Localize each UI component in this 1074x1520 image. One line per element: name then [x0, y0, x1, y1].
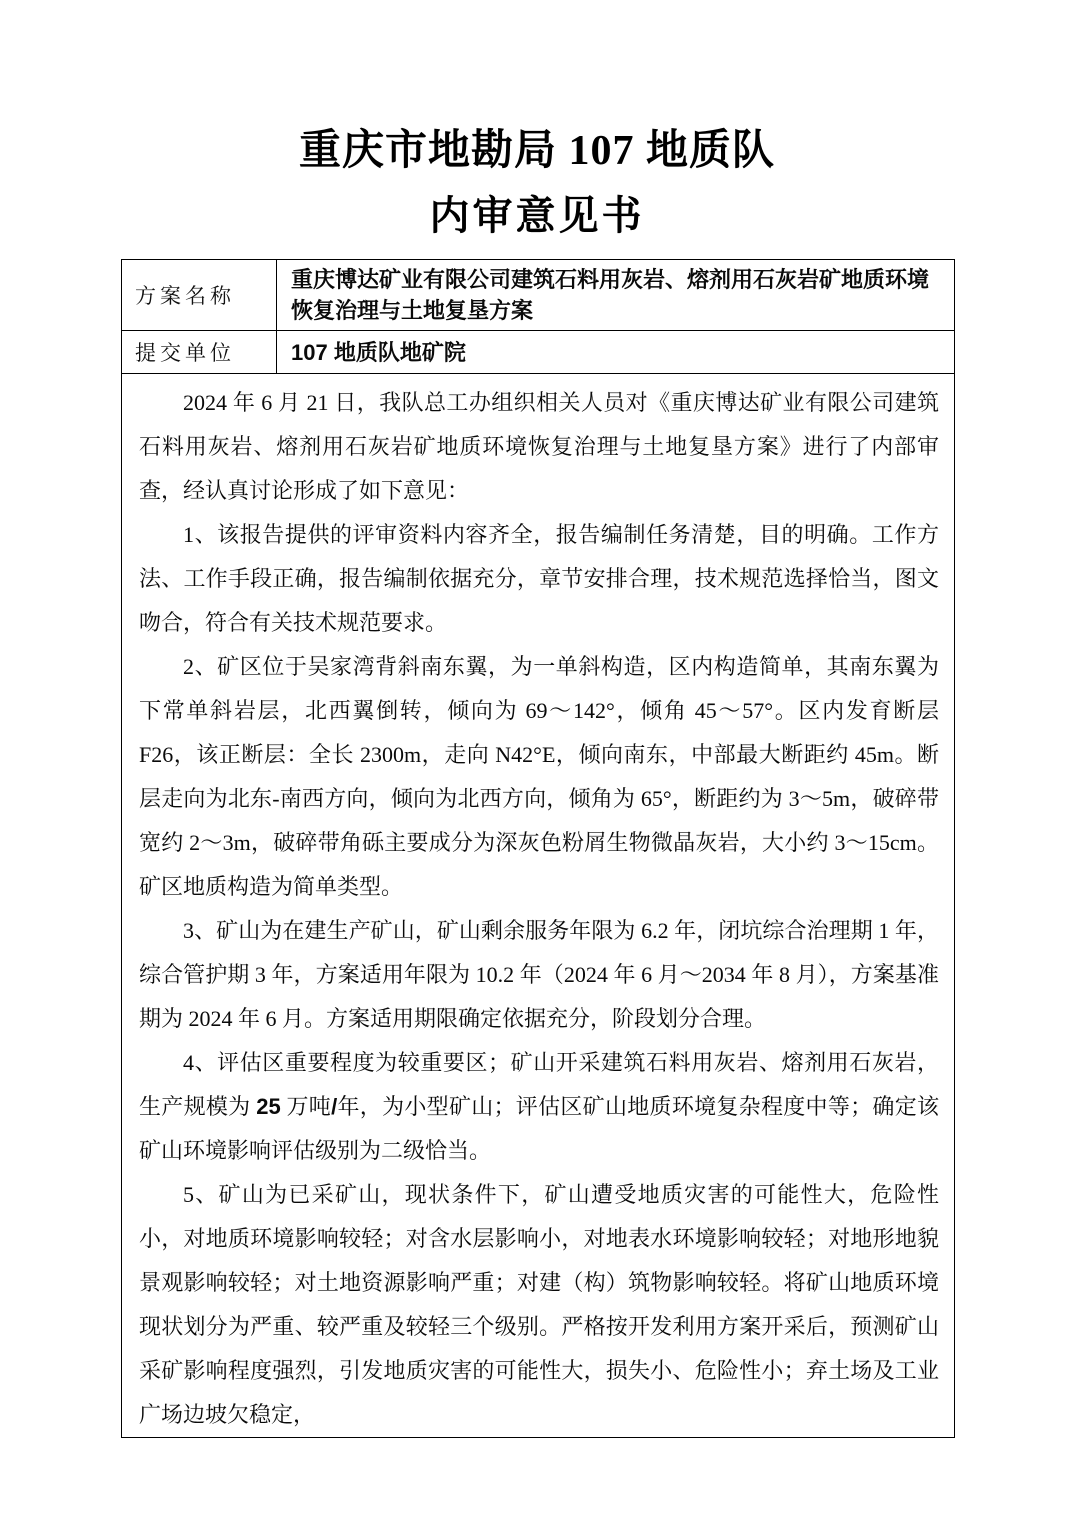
review-opinions-body: 2024 年 6 月 21 日，我队总工办组织相关人员对《重庆博达矿业有限公司建… — [122, 374, 955, 1438]
text-segment: 1、该报告提供的评审资料内容齐全，报告编制任务清楚，目的明确。工作方法、工作手段… — [139, 522, 939, 635]
text-segment: 25 — [256, 1094, 280, 1119]
body-paragraph: 5、矿山为已采矿山，现状条件下，矿山遭受地质灾害的可能性大，危险性小，对地质环境… — [139, 1173, 939, 1437]
body-paragraph: 3、矿山为在建生产矿山，矿山剩余服务年限为 6.2 年，闭坑综合治理期 1 年，… — [139, 909, 939, 1041]
text-segment: 5、矿山为已采矿山，现状条件下，矿山遭受地质灾害的可能性大，危险性小，对地质环境… — [139, 1182, 939, 1427]
review-opinions-row: 2024 年 6 月 21 日，我队总工办组织相关人员对《重庆博达矿业有限公司建… — [122, 374, 955, 1438]
submit-unit-value: 107 地质队地矿院 — [277, 331, 955, 374]
plan-name-row: 方案名称 重庆博达矿业有限公司建筑石料用灰岩、熔剂用石灰岩矿地质环境恢复治理与土… — [122, 260, 955, 331]
plan-name-value: 重庆博达矿业有限公司建筑石料用灰岩、熔剂用石灰岩矿地质环境恢复治理与土地复垦方案 — [277, 260, 955, 331]
text-segment: 3、矿山为在建生产矿山，矿山剩余服务年限为 6.2 年，闭坑综合治理期 1 年，… — [139, 918, 939, 1031]
text-segment: 万吨 — [281, 1094, 331, 1119]
submit-unit-row: 提交单位 107 地质队地矿院 — [122, 331, 955, 374]
document-header: 重庆市地勘局 107 地质队 内审意见书 — [0, 0, 1074, 238]
submit-unit-label: 提交单位 — [122, 331, 277, 374]
review-info-table: 方案名称 重庆博达矿业有限公司建筑石料用灰岩、熔剂用石灰岩矿地质环境恢复治理与土… — [121, 259, 955, 1438]
body-paragraph: 2024 年 6 月 21 日，我队总工办组织相关人员对《重庆博达矿业有限公司建… — [139, 381, 939, 513]
body-paragraph: 1、该报告提供的评审资料内容齐全，报告编制任务清楚，目的明确。工作方法、工作手段… — [139, 513, 939, 645]
text-segment: 2024 年 6 月 21 日，我队总工办组织相关人员对《重庆博达矿业有限公司建… — [139, 390, 939, 503]
document-subtitle: 内审意见书 — [0, 194, 1074, 238]
body-paragraph: 2、矿区位于吴家湾背斜南东翼，为一单斜构造，区内构造简单，其南东翼为下常单斜岩层… — [139, 645, 939, 909]
text-segment: 107 — [291, 340, 328, 365]
document-page: 重庆市地勘局 107 地质队 内审意见书 方案名称 重庆博达矿业有限公司建筑石料… — [0, 0, 1074, 1520]
body-paragraph: 4、评估区重要程度为较重要区；矿山开采建筑石料用灰岩、熔剂用石灰岩，生产规模为 … — [139, 1041, 939, 1173]
document-title: 重庆市地勘局 107 地质队 — [0, 128, 1074, 174]
text-segment: 重庆博达矿业有限公司建筑石料用灰岩、熔剂用石灰岩矿地质环境恢复治理与土地复垦方案 — [291, 267, 929, 323]
text-segment: 2、矿区位于吴家湾背斜南东翼，为一单斜构造，区内构造简单，其南东翼为下常单斜岩层… — [139, 654, 939, 899]
plan-name-label: 方案名称 — [122, 260, 277, 331]
text-segment: 地质队地矿院 — [328, 340, 466, 365]
